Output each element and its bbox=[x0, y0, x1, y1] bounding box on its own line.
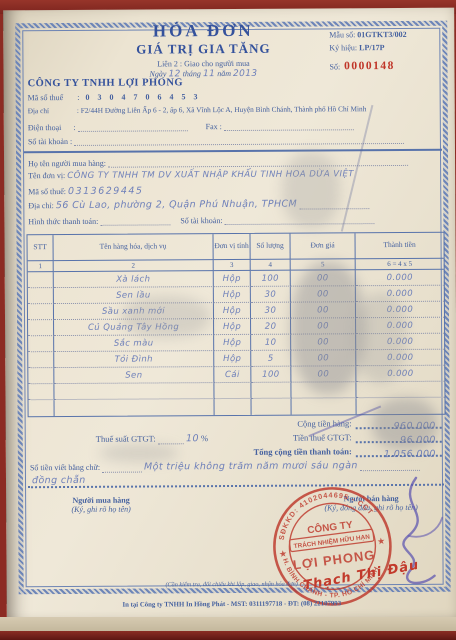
col-header-name: Tên hàng hóa, dịch vụ bbox=[54, 234, 214, 261]
buyer-tax-value: 0313629445 bbox=[68, 186, 144, 197]
date-thang-label: tháng bbox=[183, 69, 201, 78]
col-number-3: 3 bbox=[214, 260, 251, 271]
seller-address-label: Địa chỉ bbox=[28, 106, 49, 115]
serial-symbol-row: Ký hiệu: LP/17P bbox=[329, 43, 445, 53]
buyer-unit-label: Tên đơn vị: bbox=[28, 171, 65, 180]
date-nam-label: năm bbox=[217, 69, 231, 78]
amount-words-label: Số tiền viết bằng chữ: bbox=[30, 463, 100, 472]
seller-tax-row: Mã số thuế : 0 3 0 4 7 0 6 4 5 3 bbox=[28, 92, 201, 102]
grand-total-value: 1.056.000 bbox=[384, 449, 436, 460]
photo-background-under-paper bbox=[0, 617, 456, 631]
seller-tax-value: 0 3 0 4 7 0 6 4 5 3 bbox=[85, 92, 200, 102]
invoice-number-label: Số: bbox=[329, 62, 340, 71]
row4-stt bbox=[28, 320, 54, 336]
blur-smudge-totals bbox=[372, 398, 438, 450]
col-header-price: Đơn giá bbox=[290, 233, 355, 259]
row6-name-text: Tỏi Đình bbox=[115, 354, 153, 364]
tax-rate-label: Thuế suất GTGT: bbox=[96, 433, 156, 443]
row7-name: Sen bbox=[54, 367, 214, 384]
row5-unit: Hộp bbox=[214, 335, 251, 351]
col-number-6: 6 = 4 x 5 bbox=[356, 259, 444, 271]
buyer-signature-block: Người mua hàng (Ký, ghi rõ họ tên) bbox=[46, 495, 156, 514]
copy-line: Liên 2 : Giao cho người mua bbox=[73, 58, 333, 69]
row2-stt bbox=[28, 288, 54, 304]
blur-smudge-amount-column bbox=[356, 292, 406, 384]
col-number-4: 4 bbox=[251, 260, 291, 271]
row6-unit: Hộp bbox=[214, 351, 251, 367]
empty-row-cell bbox=[292, 398, 357, 414]
row7-unit: Cái bbox=[214, 367, 251, 383]
buyer-address-label: Địa chỉ: bbox=[28, 201, 54, 210]
row2-unit: Hộp bbox=[214, 287, 251, 303]
date-month-handwritten: 11 bbox=[203, 69, 215, 79]
col-number-1: 1 bbox=[28, 261, 54, 272]
seller-fax-label: Fax : bbox=[206, 122, 222, 131]
blur-smudge-price-column bbox=[291, 262, 365, 394]
row1-amount: 0.000 bbox=[356, 270, 444, 287]
row4-qty-text: 20 bbox=[265, 321, 277, 331]
payment-method-label: Hình thức thanh toán: bbox=[28, 217, 98, 226]
row1-name-text: Xà lách bbox=[116, 274, 150, 284]
row1-qty: 100 bbox=[251, 271, 291, 287]
row5-qty-text: 10 bbox=[265, 337, 277, 347]
col-header-stt: STT bbox=[28, 235, 54, 261]
row7-qty-text: 100 bbox=[262, 369, 279, 379]
invoice-number-row: Số: 0000148 bbox=[329, 56, 445, 75]
invoice-title: HÓA ĐƠN bbox=[73, 20, 333, 42]
form-number-value: 01GTKT3/002 bbox=[357, 30, 406, 39]
blur-smudge-words bbox=[100, 444, 178, 462]
col-header-qty: Số lượng bbox=[250, 234, 290, 260]
empty-row-cell bbox=[214, 383, 251, 399]
empty-row-cell bbox=[55, 399, 215, 416]
row5-qty: 10 bbox=[251, 335, 291, 351]
row7-name-text: Sen bbox=[125, 370, 142, 380]
buyer-name-blank bbox=[108, 156, 408, 168]
seller-address-value: F2/44H Đường Liên Ấp 6 - 2, ấp 6, Xã Vĩn… bbox=[81, 104, 367, 115]
seller-fax-blank bbox=[224, 120, 354, 131]
empty-row-cell bbox=[215, 399, 252, 415]
buyer-account-label: Số tài khoản: bbox=[180, 216, 222, 225]
form-number-row: Mẫu số: 01GTKT3/002 bbox=[329, 30, 445, 40]
invoice-subtitle: GIÁ TRỊ GIA TĂNG bbox=[73, 40, 333, 58]
seller-address-colon: : bbox=[77, 106, 79, 115]
row1-unit-text: Hộp bbox=[223, 273, 241, 283]
row4-unit-text: Hộp bbox=[223, 321, 241, 331]
row6-name: Tỏi Đình bbox=[54, 351, 214, 368]
row7-stt bbox=[28, 368, 54, 384]
amount-words-gap bbox=[102, 463, 142, 473]
seller-tax-label: Mã số thuế bbox=[28, 93, 64, 102]
percent-sign: % bbox=[201, 433, 208, 443]
amount-words-line2: đồng chẵn bbox=[32, 475, 86, 486]
row3-stt bbox=[28, 304, 54, 320]
row5-unit-text: Hộp bbox=[223, 337, 241, 347]
buyer-tax-row: Mã số thuế: 0313629445 bbox=[28, 186, 143, 198]
buyer-signature-note: (Ký, ghi rõ họ tên) bbox=[46, 504, 156, 514]
seller-phone-row: Điện thoại : Fax : bbox=[28, 120, 354, 132]
col-header-amount: Thành tiền bbox=[355, 233, 443, 260]
row7-qty: 100 bbox=[251, 367, 291, 383]
seller-account-blank bbox=[74, 134, 404, 146]
empty-row-cell bbox=[54, 383, 214, 400]
empty-row-cell bbox=[251, 383, 291, 399]
row1-stt bbox=[28, 272, 54, 288]
row6-qty: 5 bbox=[251, 351, 291, 367]
empty-row-cell bbox=[29, 400, 55, 416]
empty-row-cell bbox=[28, 384, 54, 400]
row7-unit-text: Cái bbox=[225, 369, 240, 379]
row3-unit: Hộp bbox=[214, 303, 251, 319]
row5-name: Sắc màu bbox=[54, 335, 214, 352]
row4-qty: 20 bbox=[251, 319, 291, 335]
row3-unit-text: Hộp bbox=[223, 305, 241, 315]
row3-qty: 30 bbox=[251, 303, 291, 319]
tax-rate-row: Thuế suất GTGT: 10 % bbox=[96, 433, 208, 445]
row1-amount-text: 0.000 bbox=[387, 272, 413, 282]
col-header-unit: Đơn vị tính bbox=[213, 234, 250, 260]
row6-stt bbox=[28, 352, 54, 368]
serial-symbol-value: LP/17P bbox=[359, 43, 384, 52]
row5-name-text: Sắc màu bbox=[114, 338, 154, 348]
row1-unit: Hộp bbox=[214, 271, 251, 287]
seller-tax-colon: : bbox=[77, 93, 79, 102]
grand-total-label: Tổng cộng tiền thanh toán: bbox=[186, 446, 352, 457]
seller-phone-blank bbox=[78, 121, 188, 132]
tax-amount-label: Tiền thuế GTGT: bbox=[246, 432, 352, 443]
payment-method-blank bbox=[100, 215, 170, 225]
seller-phone-colon: : bbox=[73, 123, 75, 132]
blur-smudge-buyer bbox=[282, 152, 340, 228]
row2-qty: 30 bbox=[251, 287, 291, 303]
seller-phone-label: Điện thoại bbox=[28, 123, 62, 132]
row4-unit: Hộp bbox=[214, 319, 251, 335]
buyer-address-value: 56 Cù Lao, phường 2, Quận Phú Nhuận, TPH… bbox=[56, 199, 297, 211]
row6-unit-text: Hộp bbox=[223, 353, 241, 363]
invoice-number-value: 0000148 bbox=[344, 60, 395, 72]
photo-background-bottom bbox=[0, 631, 456, 640]
invoice-photo: HÓA ĐƠN GIÁ TRỊ GIA TĂNG Liên 2 : Giao c… bbox=[0, 0, 456, 640]
row2-unit-text: Hộp bbox=[223, 289, 241, 299]
date-year-handwritten: 2013 bbox=[233, 69, 258, 79]
amount-words-line1: Một triệu không trăm năm mươi sáu ngàn bbox=[144, 460, 358, 472]
row3-qty-text: 30 bbox=[265, 305, 277, 315]
row2-qty-text: 30 bbox=[265, 289, 277, 299]
row5-stt bbox=[28, 336, 54, 352]
seller-name: CÔNG TY TNHH LỢI PHONG bbox=[28, 77, 184, 89]
blur-smudge-items bbox=[122, 296, 210, 338]
empty-row-cell bbox=[252, 399, 292, 415]
tax-rate-value: 10 bbox=[186, 433, 199, 444]
row6-qty-text: 5 bbox=[268, 353, 274, 363]
row1-qty-text: 100 bbox=[262, 273, 279, 283]
buyer-tax-label: Mã số thuế: bbox=[28, 187, 66, 196]
row1-name: Xà lách bbox=[54, 271, 214, 288]
serial-symbol-label: Ký hiệu: bbox=[329, 43, 357, 52]
signature-flourish bbox=[346, 470, 456, 611]
empty-row-cell bbox=[356, 382, 444, 399]
form-number-label: Mẫu số: bbox=[329, 30, 355, 39]
buyer-name-label: Họ tên người mua hàng: bbox=[28, 159, 106, 168]
stamp-star-left: ★ bbox=[278, 548, 287, 559]
tax-rate-blank bbox=[158, 434, 184, 444]
seller-account-label: Số tài khoản : bbox=[28, 137, 72, 146]
